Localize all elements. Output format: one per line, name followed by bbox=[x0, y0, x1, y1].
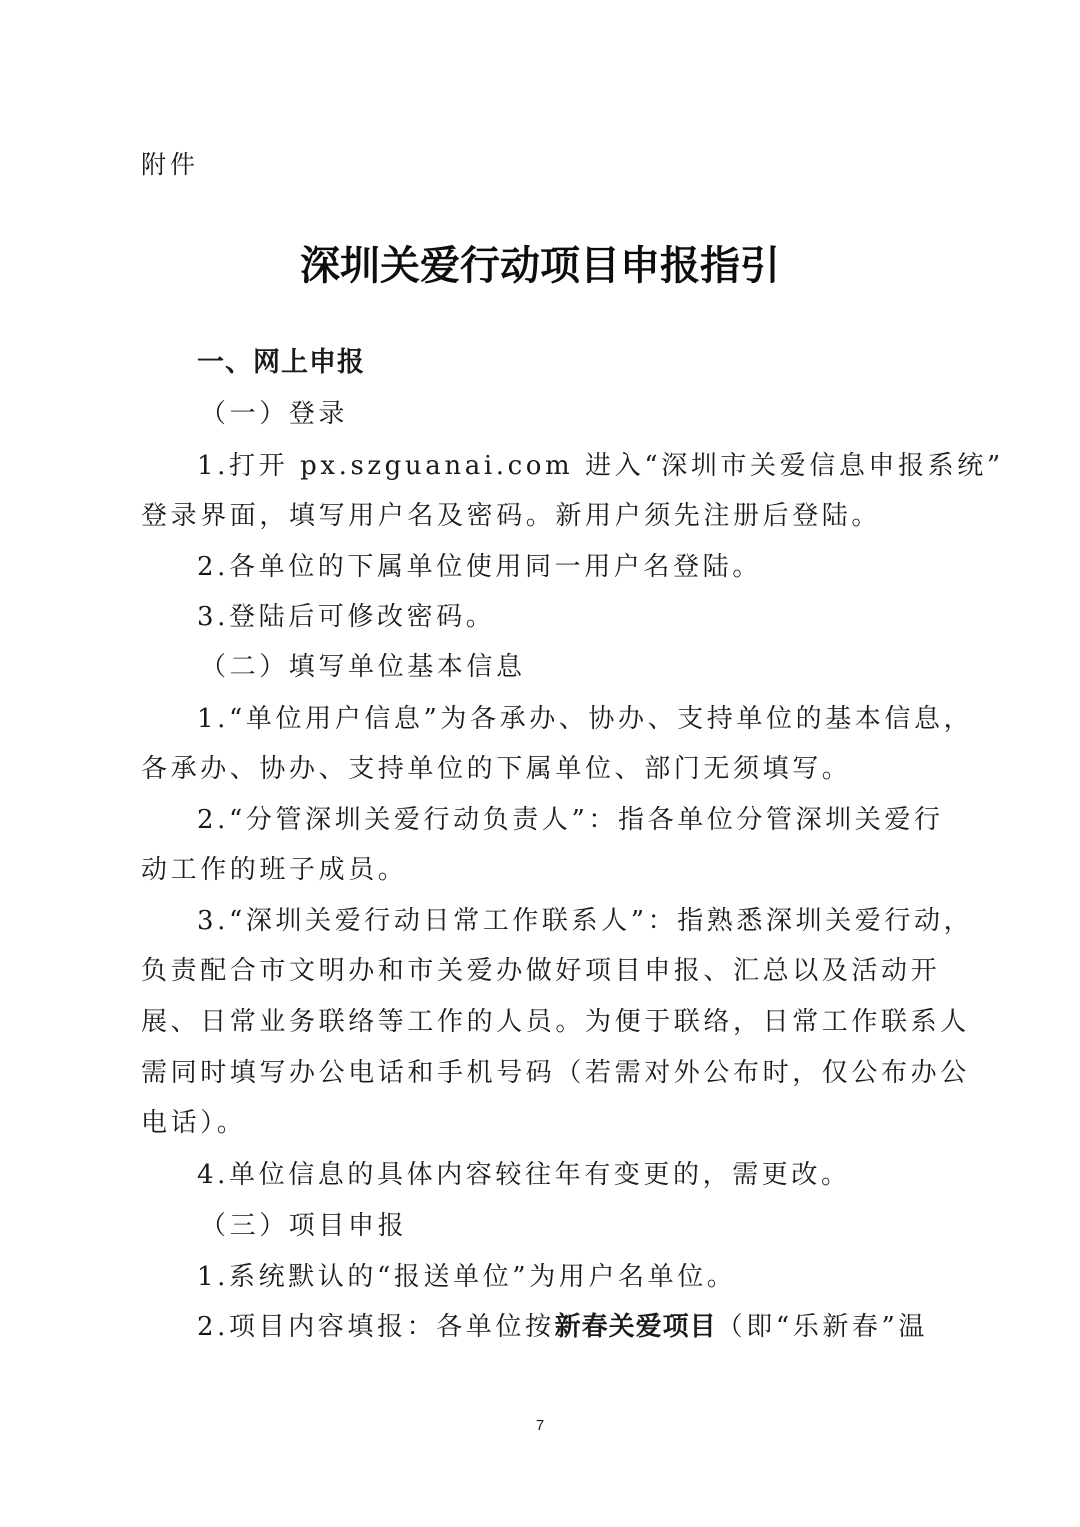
paragraph-line: 3.“深圳关爱行动日常工作联系人”：指熟悉深圳关爱行动， bbox=[197, 905, 941, 937]
paragraph-line: 3.登陆后可修改密码。 bbox=[197, 601, 941, 633]
paragraph-line: 登录界面，填写用户名及密码。新用户须先注册后登陆。 bbox=[141, 500, 941, 532]
document-page: 附件 深圳关爱行动项目申报指引 一、网上申报 （一）登录 1.打开 px.szg… bbox=[0, 0, 1080, 1527]
paragraph-text: 2.项目内容填报：各单位按 bbox=[197, 1312, 555, 1342]
subsection-heading-project-application: （三）项目申报 bbox=[200, 1210, 1000, 1242]
paragraph-line: 各承办、协办、支持单位的下属单位、部门无须填写。 bbox=[141, 753, 941, 785]
paragraph-line: 1.打开 px.szguanai.com 进入“深圳市关爱信息申报系统” bbox=[197, 450, 941, 482]
paragraph-line: 4.单位信息的具体内容较往年有变更的，需更改。 bbox=[197, 1159, 941, 1191]
paragraph-line: 动工作的班子成员。 bbox=[141, 854, 941, 886]
paragraph-line: 展、日常业务联络等工作的人员。为便于联络，日常工作联系人 bbox=[141, 1006, 941, 1038]
paragraph-line: 1.系统默认的“报送单位”为用户名单位。 bbox=[197, 1261, 941, 1293]
attachment-label: 附件 bbox=[141, 145, 199, 181]
paragraph-line: 需同时填写办公电话和手机号码（若需对外公布时，仅公布办公 bbox=[141, 1057, 941, 1089]
paragraph-text: （即“乐新春”温 bbox=[717, 1312, 928, 1342]
section-heading-online-application: 一、网上申报 bbox=[197, 347, 997, 379]
subsection-heading-login: （一）登录 bbox=[200, 398, 1000, 430]
paragraph-line: 2.“分管深圳关爱行动负责人”：指各单位分管深圳关爱行 bbox=[197, 804, 941, 836]
paragraph-line: 电话）。 bbox=[141, 1107, 941, 1139]
subsection-heading-unit-info: （二）填写单位基本信息 bbox=[200, 651, 1000, 683]
paragraph-line: 负责配合市文明办和市关爱办做好项目申报、汇总以及活动开 bbox=[141, 955, 941, 987]
emphasized-text: 新春关爱项目 bbox=[555, 1312, 717, 1342]
page-number: 7 bbox=[0, 1417, 1080, 1434]
paragraph-line: 2.项目内容填报：各单位按新春关爱项目（即“乐新春”温 bbox=[197, 1311, 941, 1343]
paragraph-line: 1.“单位用户信息”为各承办、协办、支持单位的基本信息， bbox=[197, 703, 941, 735]
document-title: 深圳关爱行动项目申报指引 bbox=[0, 234, 1080, 291]
paragraph-line: 2.各单位的下属单位使用同一用户名登陆。 bbox=[197, 551, 941, 583]
